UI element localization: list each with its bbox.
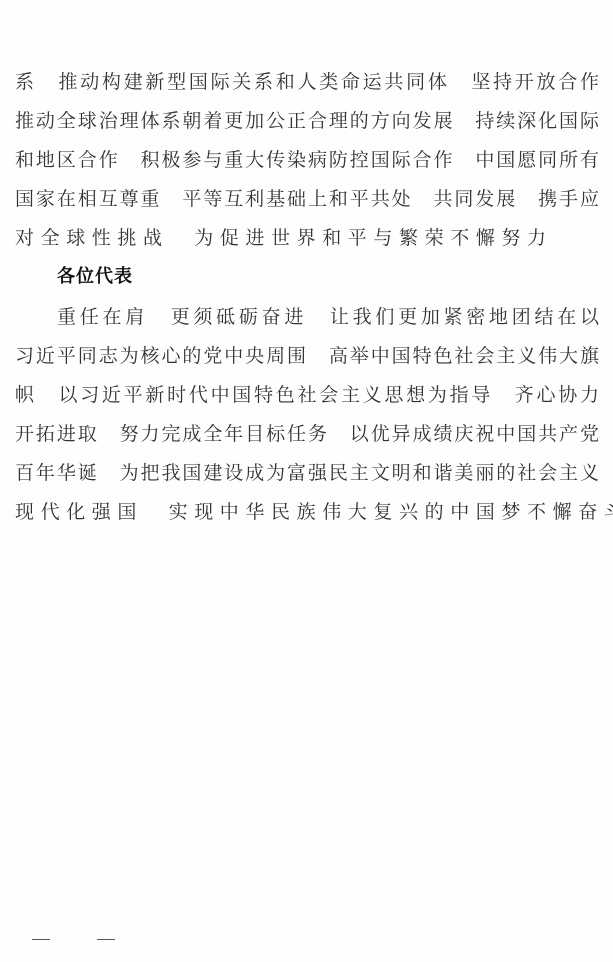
paragraph-1-line-2: 推动全球治理体系朝着更加公正合理的方向发展 持续深化国际: [15, 106, 599, 136]
page-number-left-dash: [32, 939, 50, 940]
page-number-right-dash: [97, 939, 115, 940]
paragraph-2-line-2: 习近平同志为核心的党中央周围 高举中国特色社会主义伟大旗: [15, 341, 599, 371]
document-page: 系 推动构建新型国际关系和人类命运共同体 坚持开放合作 推动全球治理体系朝着更加…: [0, 0, 613, 962]
paragraph-2-line-6: 现代化强国 实现中华民族伟大复兴的中国梦不懈奋斗: [15, 497, 599, 527]
section-heading: 各位代表: [57, 264, 133, 290]
paragraph-1-line-5: 对全球性挑战 为促进世界和平与繁荣不懈努力: [15, 223, 599, 253]
paragraph-2-line-1: 重任在肩 更须砥砺奋进 让我们更加紧密地团结在以: [57, 302, 599, 332]
paragraph-2-line-3: 帜 以习近平新时代中国特色社会主义思想为指导 齐心协力: [15, 380, 599, 410]
paragraph-1-line-3: 和地区合作 积极参与重大传染病防控国际合作 中国愿同所有: [15, 145, 599, 175]
paragraph-1-line-4: 国家在相互尊重 平等互利基础上和平共处 共同发展 携手应: [15, 184, 599, 214]
paragraph-2-line-4: 开拓进取 努力完成全年目标任务 以优异成绩庆祝中国共产党: [15, 419, 599, 449]
paragraph-1-line-1: 系 推动构建新型国际关系和人类命运共同体 坚持开放合作: [15, 67, 599, 97]
paragraph-2-line-5: 百年华诞 为把我国建设成为富强民主文明和谐美丽的社会主义: [15, 458, 599, 488]
